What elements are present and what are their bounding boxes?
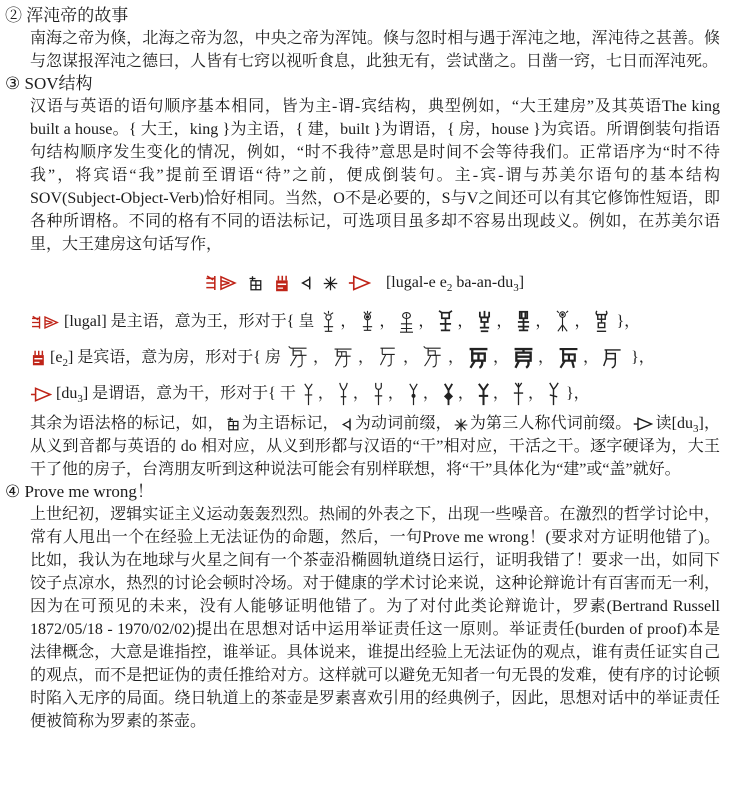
oracle-gan-variant-4-icon bbox=[406, 381, 421, 407]
cuneiform-e2-icon bbox=[30, 349, 46, 367]
separator: ， bbox=[493, 349, 509, 366]
separator: ， bbox=[496, 313, 512, 330]
section-4-title: Prove me wrong！ bbox=[25, 482, 154, 501]
oracle-fang-variant-3-icon bbox=[376, 345, 401, 371]
section-3-paragraph-2: 其余为语法格的标记，如，为主语标记，为动词前缀，为第三人称代词前缀。读[du3]… bbox=[30, 412, 720, 481]
translit-part: ] bbox=[519, 274, 524, 291]
separator: ， bbox=[313, 349, 329, 366]
oracle-fang-variant-1-icon bbox=[286, 345, 311, 371]
oracle-huang-variant-2-icon bbox=[358, 309, 377, 335]
cuneiform-lugal-icon bbox=[30, 314, 60, 331]
oracle-gan-variant-3-icon bbox=[371, 381, 386, 407]
section-4-heading: ④ Prove me wrong！ bbox=[5, 481, 720, 503]
document-page: ② 浑沌帝的故事 南海之帝为倏，北海之帝为忽，中央之帝为浑饨。倏与忽时相与遇于浑… bbox=[0, 0, 733, 733]
oracle-gan-variant-1-icon bbox=[301, 381, 316, 407]
oracle-fang-variant-2-icon bbox=[331, 345, 356, 371]
section-2-title: 浑沌帝的故事 bbox=[26, 6, 128, 25]
separator: ， bbox=[535, 313, 551, 330]
separator: ， bbox=[423, 385, 439, 402]
gloss-reading: [lugal] bbox=[64, 313, 107, 330]
para2-segment: 为动词前缀， bbox=[355, 415, 452, 432]
oracle-gan-variant-8-icon bbox=[546, 381, 561, 407]
gloss-close: }， bbox=[627, 349, 655, 366]
separator: ， bbox=[403, 349, 419, 366]
separator: ， bbox=[457, 313, 473, 330]
section-3-heading: ③ SOV结构 bbox=[5, 73, 720, 95]
separator: ， bbox=[538, 349, 554, 366]
oracle-gan-variant-6-icon bbox=[476, 381, 491, 407]
oracle-fang-variant-6-icon bbox=[511, 345, 536, 371]
gloss-reading: [du bbox=[56, 385, 77, 402]
oracle-huang-variant-6-icon bbox=[514, 309, 533, 335]
separator: ， bbox=[353, 385, 369, 402]
cuneiform-e-icon bbox=[248, 274, 263, 292]
para2-segment: 读[du bbox=[655, 415, 693, 432]
translit-part: ba-an-du bbox=[452, 274, 513, 291]
separator: ， bbox=[493, 385, 509, 402]
cuneiform-an-icon bbox=[323, 276, 338, 291]
oracle-fang-variant-7-icon bbox=[556, 345, 581, 371]
cuneiform-e-icon bbox=[226, 415, 240, 432]
cuneiform-lugal-icon bbox=[204, 273, 238, 293]
para2-segment: 为第三人称代词前缀。 bbox=[470, 415, 632, 432]
oracle-huang-variant-4-icon bbox=[436, 309, 455, 335]
cuneiform-an-icon bbox=[454, 418, 468, 432]
oracle-fang-variant-5-icon bbox=[466, 345, 491, 371]
oracle-fang-variant-8-icon bbox=[601, 345, 626, 371]
separator: ， bbox=[340, 313, 356, 330]
oracle-huang-variant-8-icon bbox=[592, 309, 611, 335]
separator: ， bbox=[388, 385, 404, 402]
separator: ， bbox=[448, 349, 464, 366]
para2-segment: 其余为语法格的标记，如， bbox=[30, 415, 224, 432]
section-3-paragraph-1: 汉语与英语的语句顺序基本相同，皆为主-谓-宾结构，典型例如，“大王建房”及其英语… bbox=[30, 95, 720, 256]
oracle-huang-variant-7-icon bbox=[553, 309, 572, 335]
oracle-gan-variant-2-icon bbox=[336, 381, 351, 407]
sumerian-sentence-line: [lugal-e e2 ba-an-du3] bbox=[5, 266, 720, 300]
gloss-text: 是谓语，意为干，形对于{ 干 bbox=[88, 385, 300, 402]
section-3-title: SOV结构 bbox=[25, 74, 93, 93]
gloss-row-du3: [du3] 是谓语，意为干，形对于{ 干 ，，，，，，， }， bbox=[30, 376, 720, 412]
separator: ， bbox=[458, 385, 474, 402]
gloss-close: }， bbox=[562, 385, 590, 402]
cuneiform-ba-icon bbox=[300, 275, 313, 291]
cuneiform-du3-icon bbox=[30, 386, 52, 403]
separator: ， bbox=[583, 349, 599, 366]
oracle-gan-variant-7-icon bbox=[511, 381, 526, 407]
separator: ， bbox=[318, 385, 334, 402]
gloss-row-e2: [e2] 是宾语，意为房，形对于{ 房 ，，，，，，， }， bbox=[30, 340, 720, 376]
section-2-paragraph: 南海之帝为倏，北海之帝为忽，中央之帝为浑饨。倏与忽时相与遇于浑沌之地，浑沌待之甚… bbox=[30, 27, 720, 73]
separator: ， bbox=[379, 313, 395, 330]
oracle-huang-variant-1-icon bbox=[319, 309, 338, 335]
oracle-huang-variant-3-icon bbox=[397, 309, 416, 335]
gloss-reading: [e bbox=[50, 349, 62, 366]
section-2-marker: ② bbox=[5, 6, 22, 25]
separator: ， bbox=[418, 313, 434, 330]
separator: ， bbox=[358, 349, 374, 366]
transliteration: [lugal-e e2 ba-an-du3] bbox=[386, 274, 524, 291]
section-4-paragraph: 上世纪初，逻辑实证主义运动轰轰烈烈。热闹的外表之下，出现一些噪音。在激烈的哲学讨… bbox=[30, 503, 720, 733]
cuneiform-du3-icon bbox=[633, 416, 653, 432]
gloss-text: 是主语，意为王，形对于{ 皇 bbox=[107, 313, 319, 330]
translit-part: [lugal-e e bbox=[386, 274, 447, 291]
oracle-gan-variant-5-icon bbox=[441, 381, 456, 407]
para2-segment: 为主语标记， bbox=[242, 415, 339, 432]
section-4-marker: ④ bbox=[5, 482, 20, 501]
gloss-row-lugal: [lugal] 是主语，意为王，形对于{ 皇 ，，，，，，， }， bbox=[30, 304, 720, 340]
separator: ， bbox=[528, 385, 544, 402]
cuneiform-ba-icon bbox=[341, 417, 353, 432]
gloss-close: }， bbox=[612, 313, 640, 330]
section-3-marker: ③ bbox=[5, 74, 20, 93]
separator: ， bbox=[574, 313, 590, 330]
cuneiform-e2-icon bbox=[273, 274, 290, 293]
cuneiform-du3-icon bbox=[348, 274, 371, 292]
section-2-heading: ② 浑沌帝的故事 bbox=[5, 5, 720, 27]
oracle-fang-variant-4-icon bbox=[421, 345, 446, 371]
oracle-huang-variant-5-icon bbox=[475, 309, 494, 335]
gloss-text: 是宾语，意为房，形对于{ 房 bbox=[73, 349, 285, 366]
